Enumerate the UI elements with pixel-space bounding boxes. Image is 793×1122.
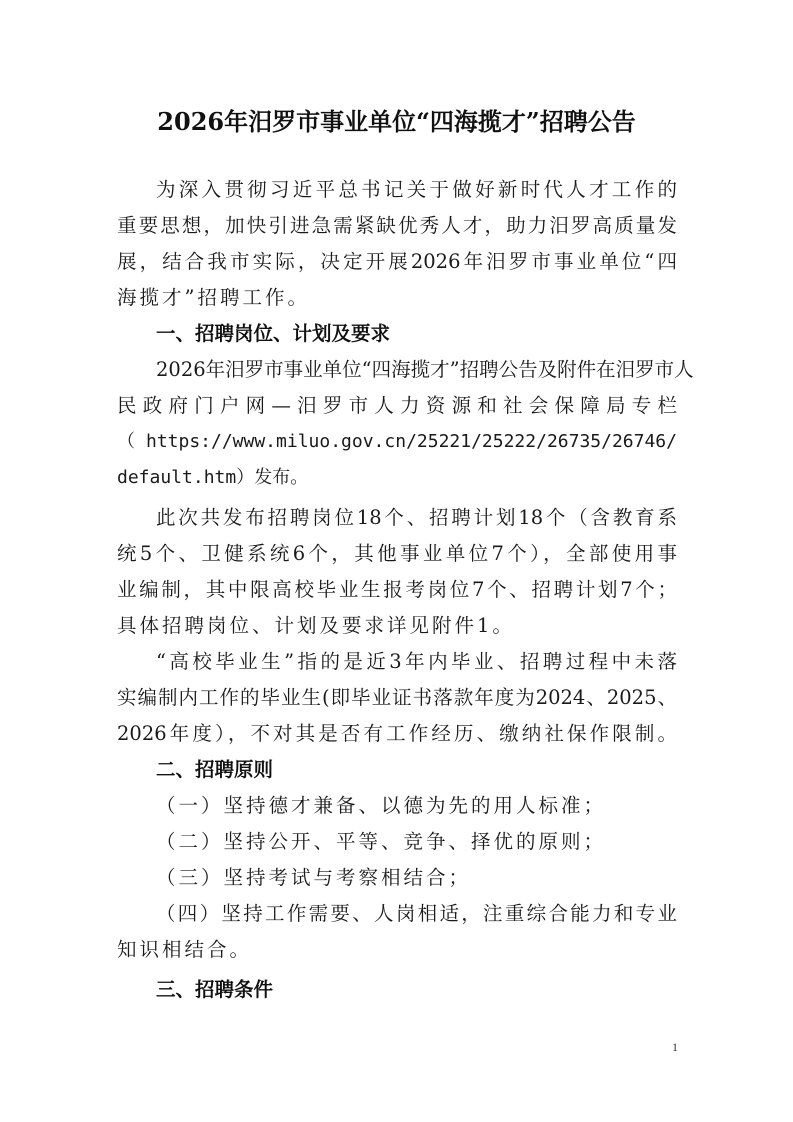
section-heading-1: 一、招聘岗位、计划及要求 bbox=[156, 319, 390, 349]
intro-line-4: 海揽才”招聘工作。 bbox=[117, 283, 677, 313]
section1-p1-line-1: 2026年汨罗市事业单位“四海揽才”招聘公告及附件在汨罗市人 bbox=[156, 355, 677, 385]
section1-p1-line-4: default.htm）发布。 bbox=[117, 463, 677, 493]
section1-p2-line-4: 具体招聘岗位、计划及要求详见附件1。 bbox=[117, 611, 677, 641]
section-heading-3: 三、招聘条件 bbox=[156, 975, 273, 1005]
intro-line-3: 展，结合我市实际，决定开展2026年汨罗市事业单位“四 bbox=[117, 247, 677, 277]
principle-2: （二）坚持公开、平等、竞争、择优的原则； bbox=[156, 827, 677, 857]
section1-p2-line-2: 统5个、卫健系统6个，其他事业单位7个），全部使用事 bbox=[117, 539, 677, 569]
principle-1: （一）坚持德才兼备、以德为先的用人标准； bbox=[156, 791, 677, 821]
section-heading-2: 二、招聘原则 bbox=[156, 755, 273, 785]
document-page: 2026年汨罗市事业单位“四海揽才”招聘公告 为深入贯彻习近平总书记关于做好新时… bbox=[0, 0, 793, 1122]
section1-p1-url-line[interactable]: （ https://www.miluo.gov.cn/25221/25222/2… bbox=[117, 427, 677, 457]
section1-p2-line-3: 业编制，其中限高校毕业生报考岗位7个、招聘计划7个； bbox=[117, 575, 677, 605]
principle-4-line-1: （四）坚持工作需要、人岗相适，注重综合能力和专业 bbox=[156, 899, 677, 929]
section1-p2-line-1: 此次共发布招聘岗位18个、招聘计划18个（含教育系 bbox=[156, 503, 677, 533]
principle-3: （三）坚持考试与考察相结合； bbox=[156, 863, 677, 893]
page-number: 1 bbox=[672, 1040, 678, 1055]
section1-p3-line-2: 实编制内工作的毕业生(即毕业证书落款年度为2024、2025、 bbox=[117, 683, 677, 713]
section1-p3-line-1: “高校毕业生”指的是近3年内毕业、招聘过程中未落 bbox=[156, 647, 677, 677]
intro-line-2: 重要思想，加快引进急需紧缺优秀人才，助力汨罗高质量发 bbox=[117, 211, 677, 241]
section1-p3-line-3: 2026年度），不对其是否有工作经历、缴纳社保作限制。 bbox=[117, 719, 677, 749]
intro-line-1: 为深入贯彻习近平总书记关于做好新时代人才工作的 bbox=[156, 175, 677, 205]
document-title: 2026年汨罗市事业单位“四海揽才”招聘公告 bbox=[0, 102, 793, 137]
section1-p1-line-2: 民政府门户网—汨罗市人力资源和社会保障局专栏 bbox=[117, 391, 677, 421]
principle-4-line-2: 知识相结合。 bbox=[117, 935, 677, 965]
